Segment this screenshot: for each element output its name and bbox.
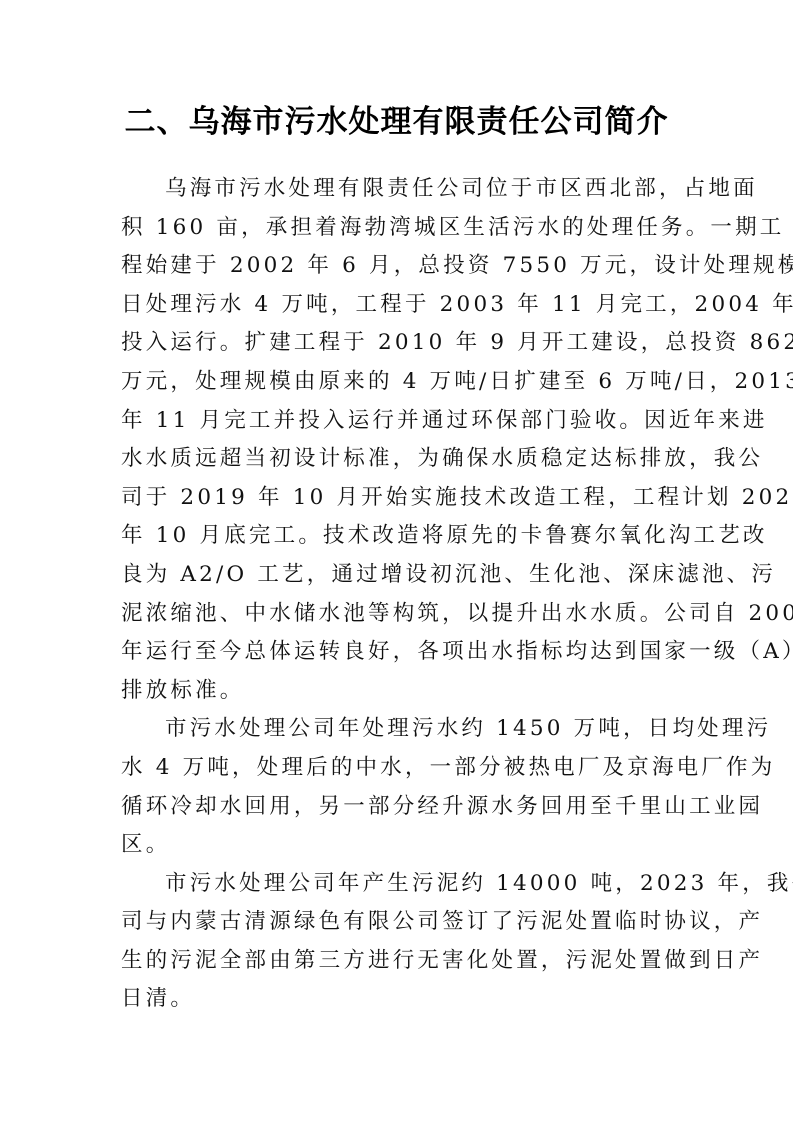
text-line: 生的污泥全部由第三方进行无害化处置，污泥处置做到日产	[121, 942, 670, 981]
text-line: 程始建于 2002 年 6 月，总投资 7550 万元，设计处理规模为	[121, 247, 670, 286]
paragraph-overview: 乌海市污水处理有限责任公司位于市区西北部，占地面 积 160 亩，承担着海勃湾城…	[121, 170, 681, 710]
text-line: 乌海市污水处理有限责任公司位于市区西北部，占地面	[121, 170, 670, 209]
text-line: 泥浓缩池、中水储水池等构筑，以提升出水水质。公司自 2004	[121, 595, 670, 634]
text-line: 市污水处理公司年产生污泥约 14000 吨，2023 年，我公	[121, 865, 670, 904]
text-line: 年 11 月完工并投入运行并通过环保部门验收。因近年来进	[121, 402, 670, 441]
text-line: 积 160 亩，承担着海勃湾城区生活污水的处理任务。一期工	[121, 209, 670, 248]
text-line: 万元，处理规模由原来的 4 万吨/日扩建至 6 万吨/日，2013	[121, 363, 670, 402]
text-line: 市污水处理公司年处理污水约 1450 万吨，日均处理污	[121, 710, 670, 749]
text-line: 司于 2019 年 10 月开始实施技术改造工程，工程计划 2021	[121, 479, 670, 518]
paragraph-sludge: 市污水处理公司年产生污泥约 14000 吨，2023 年，我公 司与内蒙古清源绿…	[121, 865, 681, 1019]
text-line: 水水质远超当初设计标准，为确保水质稳定达标排放，我公	[121, 440, 670, 479]
text-line: 日清。	[121, 980, 670, 1019]
document-body: 乌海市污水处理有限责任公司位于市区西北部，占地面 积 160 亩，承担着海勃湾城…	[121, 170, 681, 1019]
page-title: 二、乌海市污水处理有限责任公司简介	[0, 96, 793, 141]
text-line: 排放标准。	[121, 672, 670, 711]
text-line: 投入运行。扩建工程于 2010 年 9 月开工建设，总投资 8622	[121, 324, 670, 363]
text-line: 年运行至今总体运转良好，各项出水指标均达到国家一级（A）	[121, 633, 670, 672]
text-line: 司与内蒙古清源绿色有限公司签订了污泥处置临时协议，产	[121, 903, 670, 942]
paragraph-sewage-volume: 市污水处理公司年处理污水约 1450 万吨，日均处理污 水 4 万吨，处理后的中…	[121, 710, 681, 864]
text-line: 良为 A2/O 工艺，通过增设初沉池、生化池、深床滤池、污	[121, 556, 670, 595]
text-line: 水 4 万吨，处理后的中水，一部分被热电厂及京海电厂作为	[121, 749, 670, 788]
text-line: 年 10 月底完工。技术改造将原先的卡鲁赛尔氧化沟工艺改	[121, 517, 670, 556]
text-line: 日处理污水 4 万吨，工程于 2003 年 11 月完工，2004 年 5 月	[121, 286, 670, 325]
text-line: 区。	[121, 826, 670, 865]
text-line: 循环冷却水回用，另一部分经升源水务回用至千里山工业园	[121, 788, 670, 827]
